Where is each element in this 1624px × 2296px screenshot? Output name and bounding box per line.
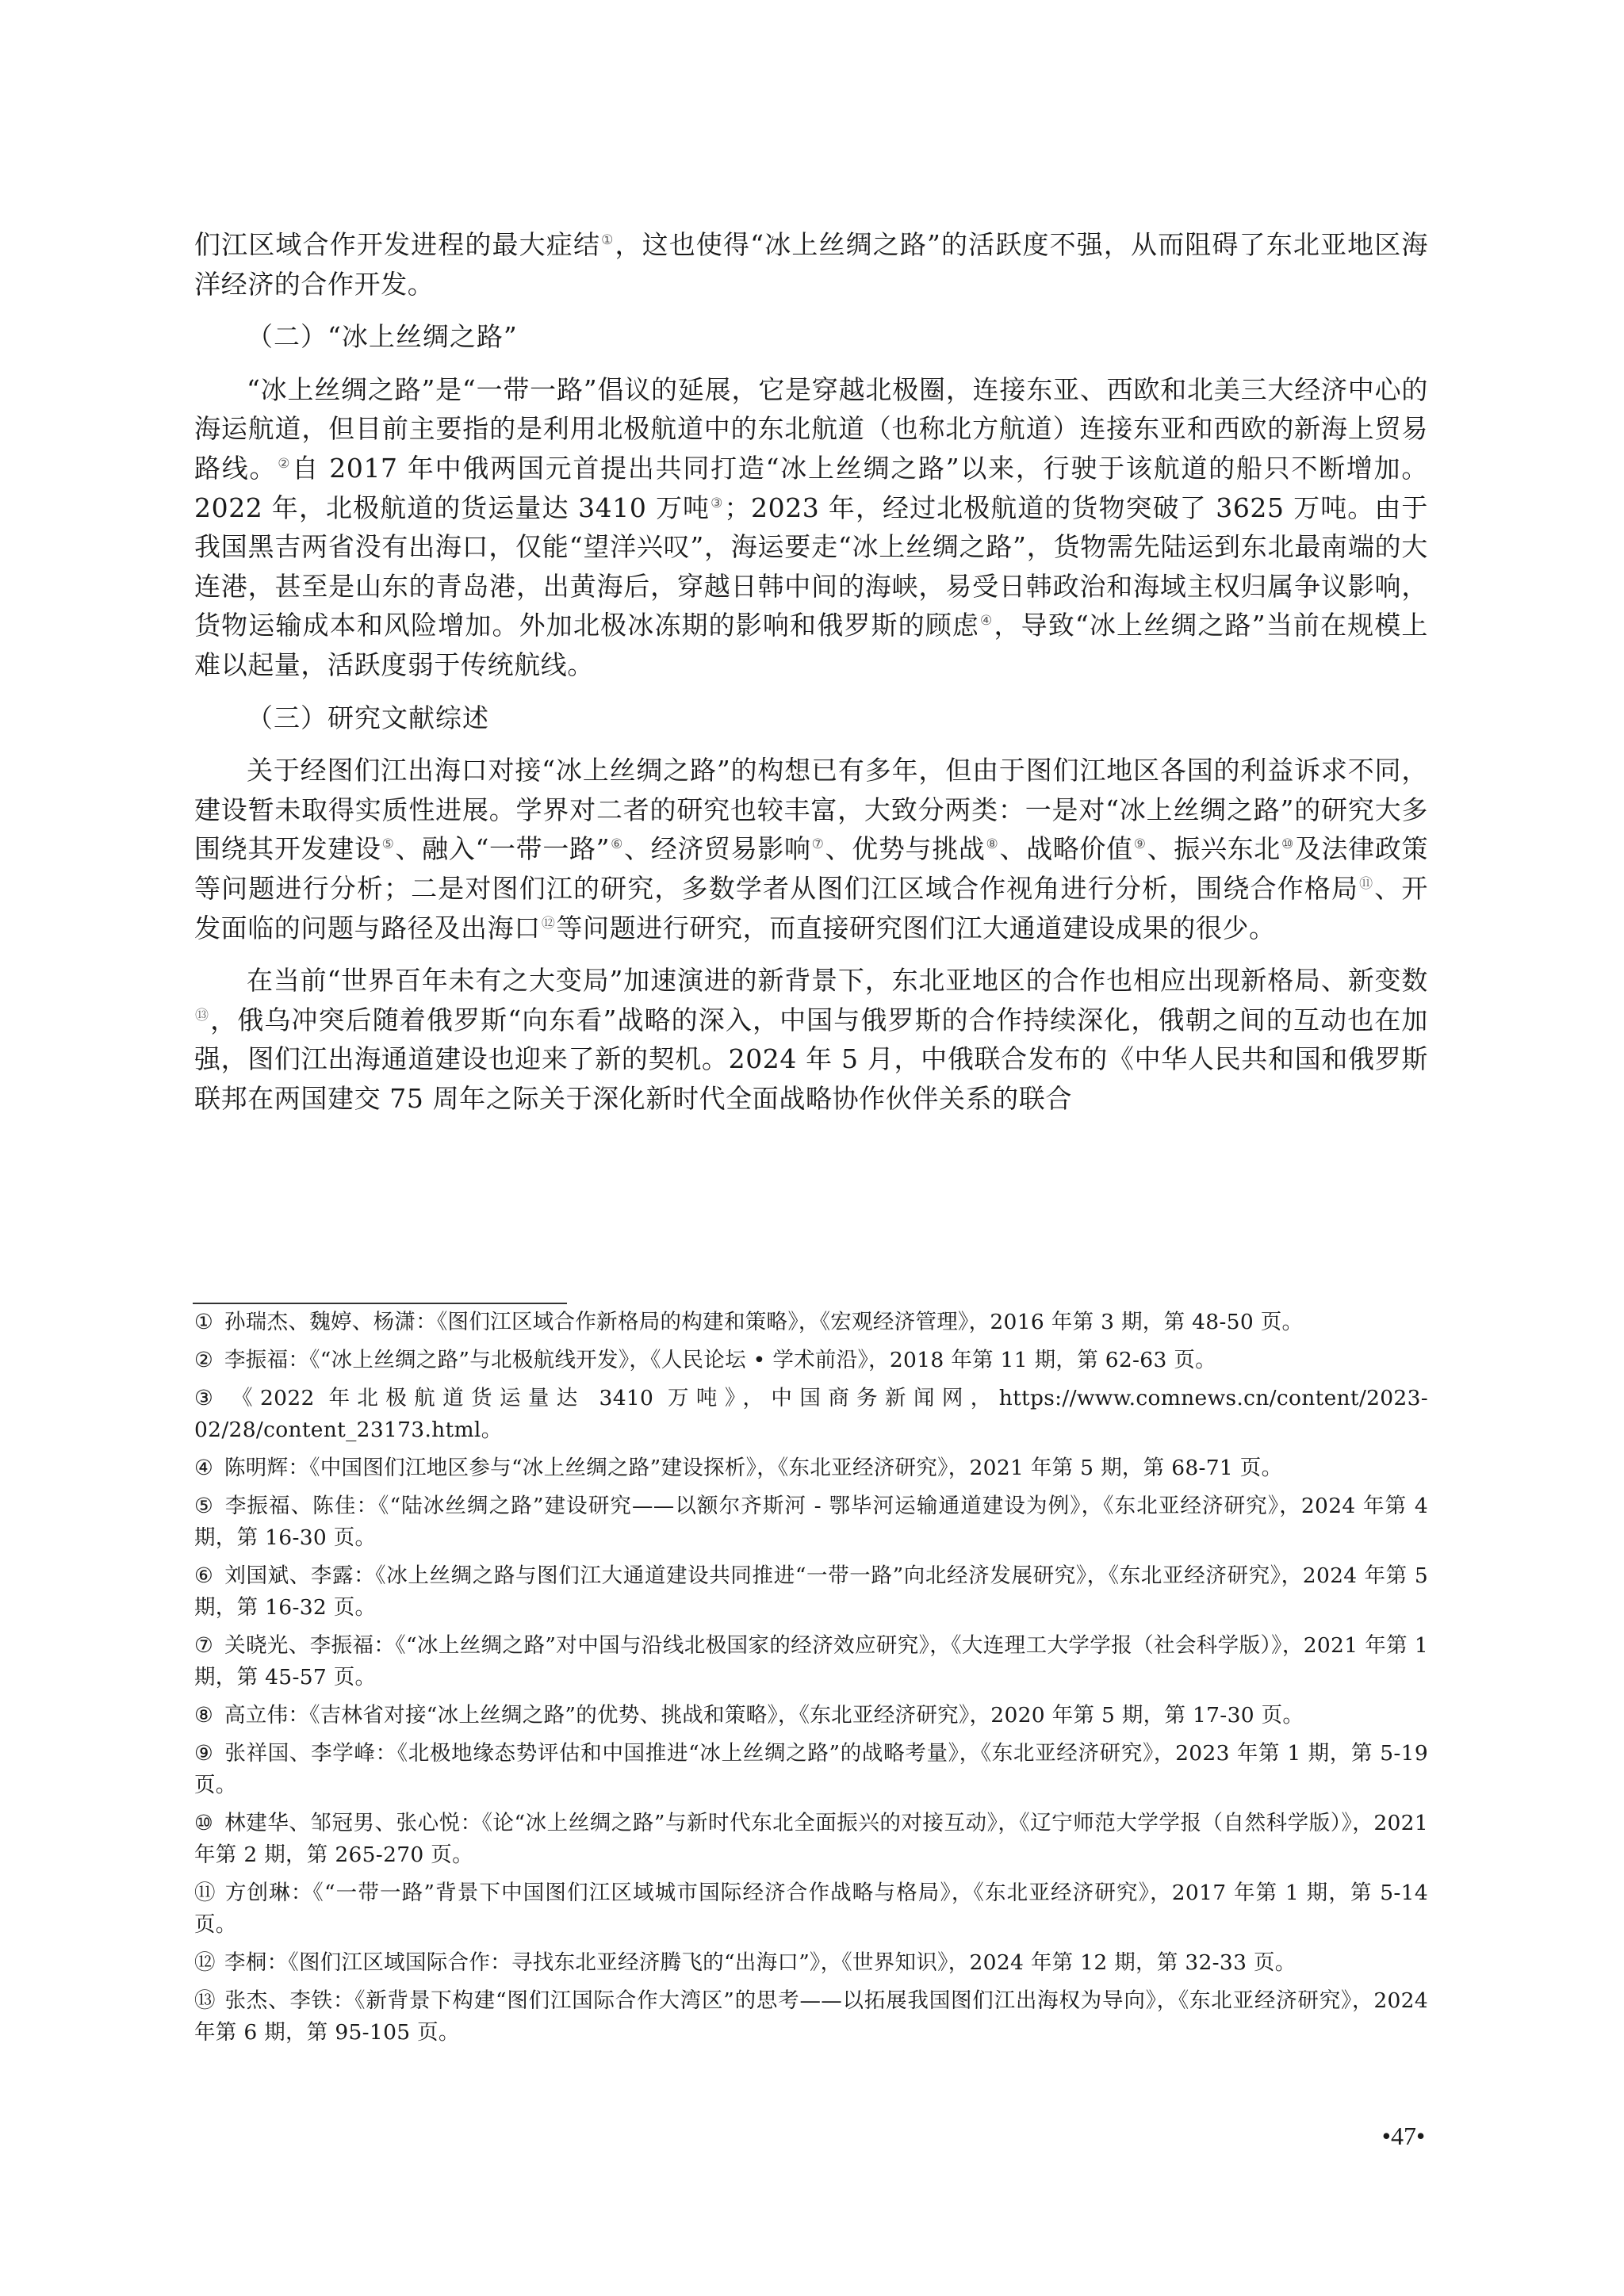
footnote-ref-12[interactable]: ⑫: [542, 916, 556, 932]
footnote-text: 林建华、邹冠男、张心悦：《论“冰上丝绸之路”与新时代东北全面振兴的对接互动》，《…: [194, 1811, 1428, 1867]
footnote-mark: ⑥: [194, 1560, 224, 1592]
footnote-mark: ④: [194, 1452, 224, 1484]
footnote-ref-4[interactable]: ④: [980, 613, 993, 629]
footnote-7: ⑦关晓光、李振福：《“冰上丝绸之路”对中国与沿线北极国家的经济效应研究》，《大连…: [194, 1630, 1428, 1693]
footnote-mark: ⑪: [194, 1877, 224, 1909]
footnote-ref-5[interactable]: ⑤: [382, 836, 395, 852]
footnote-mark: ②: [194, 1345, 224, 1376]
document-page: 们江区域合作开发进程的最大症结①，这也使得“冰上丝绸之路”的活跃度不强，从而阻碍…: [0, 0, 1624, 2296]
paragraph-ice-silk-road: “冰上丝绸之路”是“一带一路”倡议的延展，它是穿越北极圈，连接东亚、西欧和北美三…: [194, 370, 1428, 685]
text-run: 、经济贸易影响: [624, 833, 811, 864]
text-run: 、融入“一带一路”: [396, 833, 611, 864]
footnote-mark: ⑩: [194, 1808, 224, 1839]
footnote-3: ③《2022 年北极航道货运量达 3410 万吨》，中国商务新闻网，https:…: [194, 1383, 1428, 1446]
footnote-ref-7[interactable]: ⑦: [812, 836, 825, 852]
text-run: 等问题进行研究，而直接研究图们江大通道建设成果的很少。: [556, 913, 1275, 943]
footnote-ref-1[interactable]: ①: [601, 232, 614, 248]
text-run: 、优势与挑战: [825, 833, 986, 864]
text-run: ，俄乌冲突后随着俄罗斯“向东看”战略的深入，中国与俄罗斯的合作持续深化，俄朝之间…: [194, 1004, 1428, 1114]
footnote-text: 陈明辉：《中国图们江地区参与“冰上丝绸之路”建设探析》，《东北亚经济研究》，20…: [224, 1456, 1282, 1480]
text-run: 们江区域合作开发进程的最大症结: [194, 229, 600, 260]
footnote-text: 刘国斌、李露：《冰上丝绸之路与图们江大通道建设共同推进“一带一路”向北经济发展研…: [194, 1563, 1428, 1620]
footnote-11: ⑪方创琳：《“一带一路”背景下中国图们江区域城市国际经济合作战略与格局》，《东北…: [194, 1877, 1428, 1941]
footnote-10: ⑩林建华、邹冠男、张心悦：《论“冰上丝绸之路”与新时代东北全面振兴的对接互动》，…: [194, 1808, 1428, 1871]
footnote-ref-2[interactable]: ②: [278, 456, 291, 472]
footnote-mark: ⑫: [194, 1947, 224, 1979]
footnote-mark: ⑧: [194, 1700, 224, 1732]
text-run: 、战略价值: [999, 833, 1132, 864]
footnote-mark: ①: [194, 1307, 224, 1338]
footnote-text: 孙瑞杰、魏婷、杨潇：《图们江区域合作新格局的构建和策略》，《宏观经济管理》，20…: [224, 1310, 1303, 1334]
footnote-mark: ⑦: [194, 1630, 224, 1662]
footnote-text: 李桐：《图们江区域国际合作：寻找东北亚经济腾飞的“出海口”》，《世界知识》，20…: [224, 1950, 1297, 1975]
footnote-mark: ③: [194, 1383, 224, 1414]
footnote-text: 关晓光、李振福：《“冰上丝绸之路”对中国与沿线北极国家的经济效应研究》，《大连理…: [194, 1633, 1428, 1689]
body-text: 们江区域合作开发进程的最大症结①，这也使得“冰上丝绸之路”的活跃度不强，从而阻碍…: [194, 225, 1428, 1131]
footnote-12: ⑫李桐：《图们江区域国际合作：寻找东北亚经济腾飞的“出海口”》，《世界知识》，2…: [194, 1947, 1428, 1979]
footnote-text: 李振福：《“冰上丝绸之路”与北极航线开发》，《人民论坛 • 学术前沿》，2018…: [224, 1348, 1216, 1372]
footnote-9: ⑨张祥国、李学峰：《北极地缘态势评估和中国推进“冰上丝绸之路”的战略考量》，《东…: [194, 1738, 1428, 1801]
footnote-ref-3[interactable]: ③: [710, 496, 723, 511]
footnote-mark: ⑨: [194, 1738, 224, 1770]
footnote-mark: ⑤: [194, 1490, 224, 1522]
paragraph-new-context: 在当前“世界百年未有之大变局”加速演进的新背景下，东北亚地区的合作也相应出现新格…: [194, 961, 1428, 1118]
footnote-text-with-link[interactable]: 《2022 年北极航道货运量达 3410 万吨》，中国商务新闻网，https:/…: [194, 1386, 1428, 1442]
section-heading-3: （三）研究文献综述: [194, 698, 1428, 738]
footnote-5: ⑤李振福、陈佳：《“陆冰丝绸之路”建设研究——以额尔齐斯河 - 鄂毕河运输通道建…: [194, 1490, 1428, 1554]
footnote-divider: [193, 1303, 567, 1304]
footnote-text: 李振福、陈佳：《“陆冰丝绸之路”建设研究——以额尔齐斯河 - 鄂毕河运输通道建设…: [194, 1494, 1428, 1550]
footnote-mark: ⑬: [194, 1985, 224, 2017]
text-run: 在当前“世界百年未有之大变局”加速演进的新背景下，东北亚地区的合作也相应出现新格…: [247, 965, 1428, 996]
footnote-13: ⑬张杰、李铁：《新背景下构建“图们江国际合作大湾区”的思考——以拓展我国图们江出…: [194, 1985, 1428, 2049]
footnote-ref-10[interactable]: ⑩: [1281, 836, 1294, 852]
footnote-1: ①孙瑞杰、魏婷、杨潇：《图们江区域合作新格局的构建和策略》，《宏观经济管理》，2…: [194, 1307, 1428, 1338]
footnote-ref-13[interactable]: ⑬: [195, 1008, 209, 1024]
paragraph-literature-review: 关于经图们江出海口对接“冰上丝绸之路”的构想已有多年，但由于图们江地区各国的利益…: [194, 751, 1428, 947]
footnote-4: ④陈明辉：《中国图们江地区参与“冰上丝绸之路”建设探析》，《东北亚经济研究》，2…: [194, 1452, 1428, 1484]
text-run: 、振兴东北: [1147, 833, 1281, 864]
paragraph-continued: 们江区域合作开发进程的最大症结①，这也使得“冰上丝绸之路”的活跃度不强，从而阻碍…: [194, 225, 1428, 304]
section-heading-2: （二）“冰上丝绸之路”: [194, 317, 1428, 357]
page-number: •47•: [1364, 2122, 1443, 2151]
footnote-text: 张祥国、李学峰：《北极地缘态势评估和中国推进“冰上丝绸之路”的战略考量》，《东北…: [194, 1741, 1428, 1797]
footnote-6: ⑥刘国斌、李露：《冰上丝绸之路与图们江大通道建设共同推进“一带一路”向北经济发展…: [194, 1560, 1428, 1624]
footnote-8: ⑧高立伟：《吉林省对接“冰上丝绸之路”的优势、挑战和策略》，《东北亚经济研究》，…: [194, 1700, 1428, 1732]
footnote-ref-11[interactable]: ⑪: [1359, 876, 1373, 892]
footnotes: ①孙瑞杰、魏婷、杨潇：《图们江区域合作新格局的构建和策略》，《宏观经济管理》，2…: [194, 1307, 1428, 2055]
footnote-ref-9[interactable]: ⑨: [1134, 836, 1147, 852]
footnote-text: 高立伟：《吉林省对接“冰上丝绸之路”的优势、挑战和策略》，《东北亚经济研究》，2…: [224, 1703, 1304, 1728]
footnote-ref-6[interactable]: ⑥: [611, 836, 623, 852]
footnote-text: 张杰、李铁：《新背景下构建“图们江国际合作大湾区”的思考——以拓展我国图们江出海…: [194, 1988, 1428, 2045]
footnote-2: ②李振福：《“冰上丝绸之路”与北极航线开发》，《人民论坛 • 学术前沿》，201…: [194, 1345, 1428, 1376]
footnote-text: 方创琳：《“一带一路”背景下中国图们江区域城市国际经济合作战略与格局》，《东北亚…: [194, 1881, 1428, 1937]
footnote-ref-8[interactable]: ⑧: [986, 836, 999, 852]
